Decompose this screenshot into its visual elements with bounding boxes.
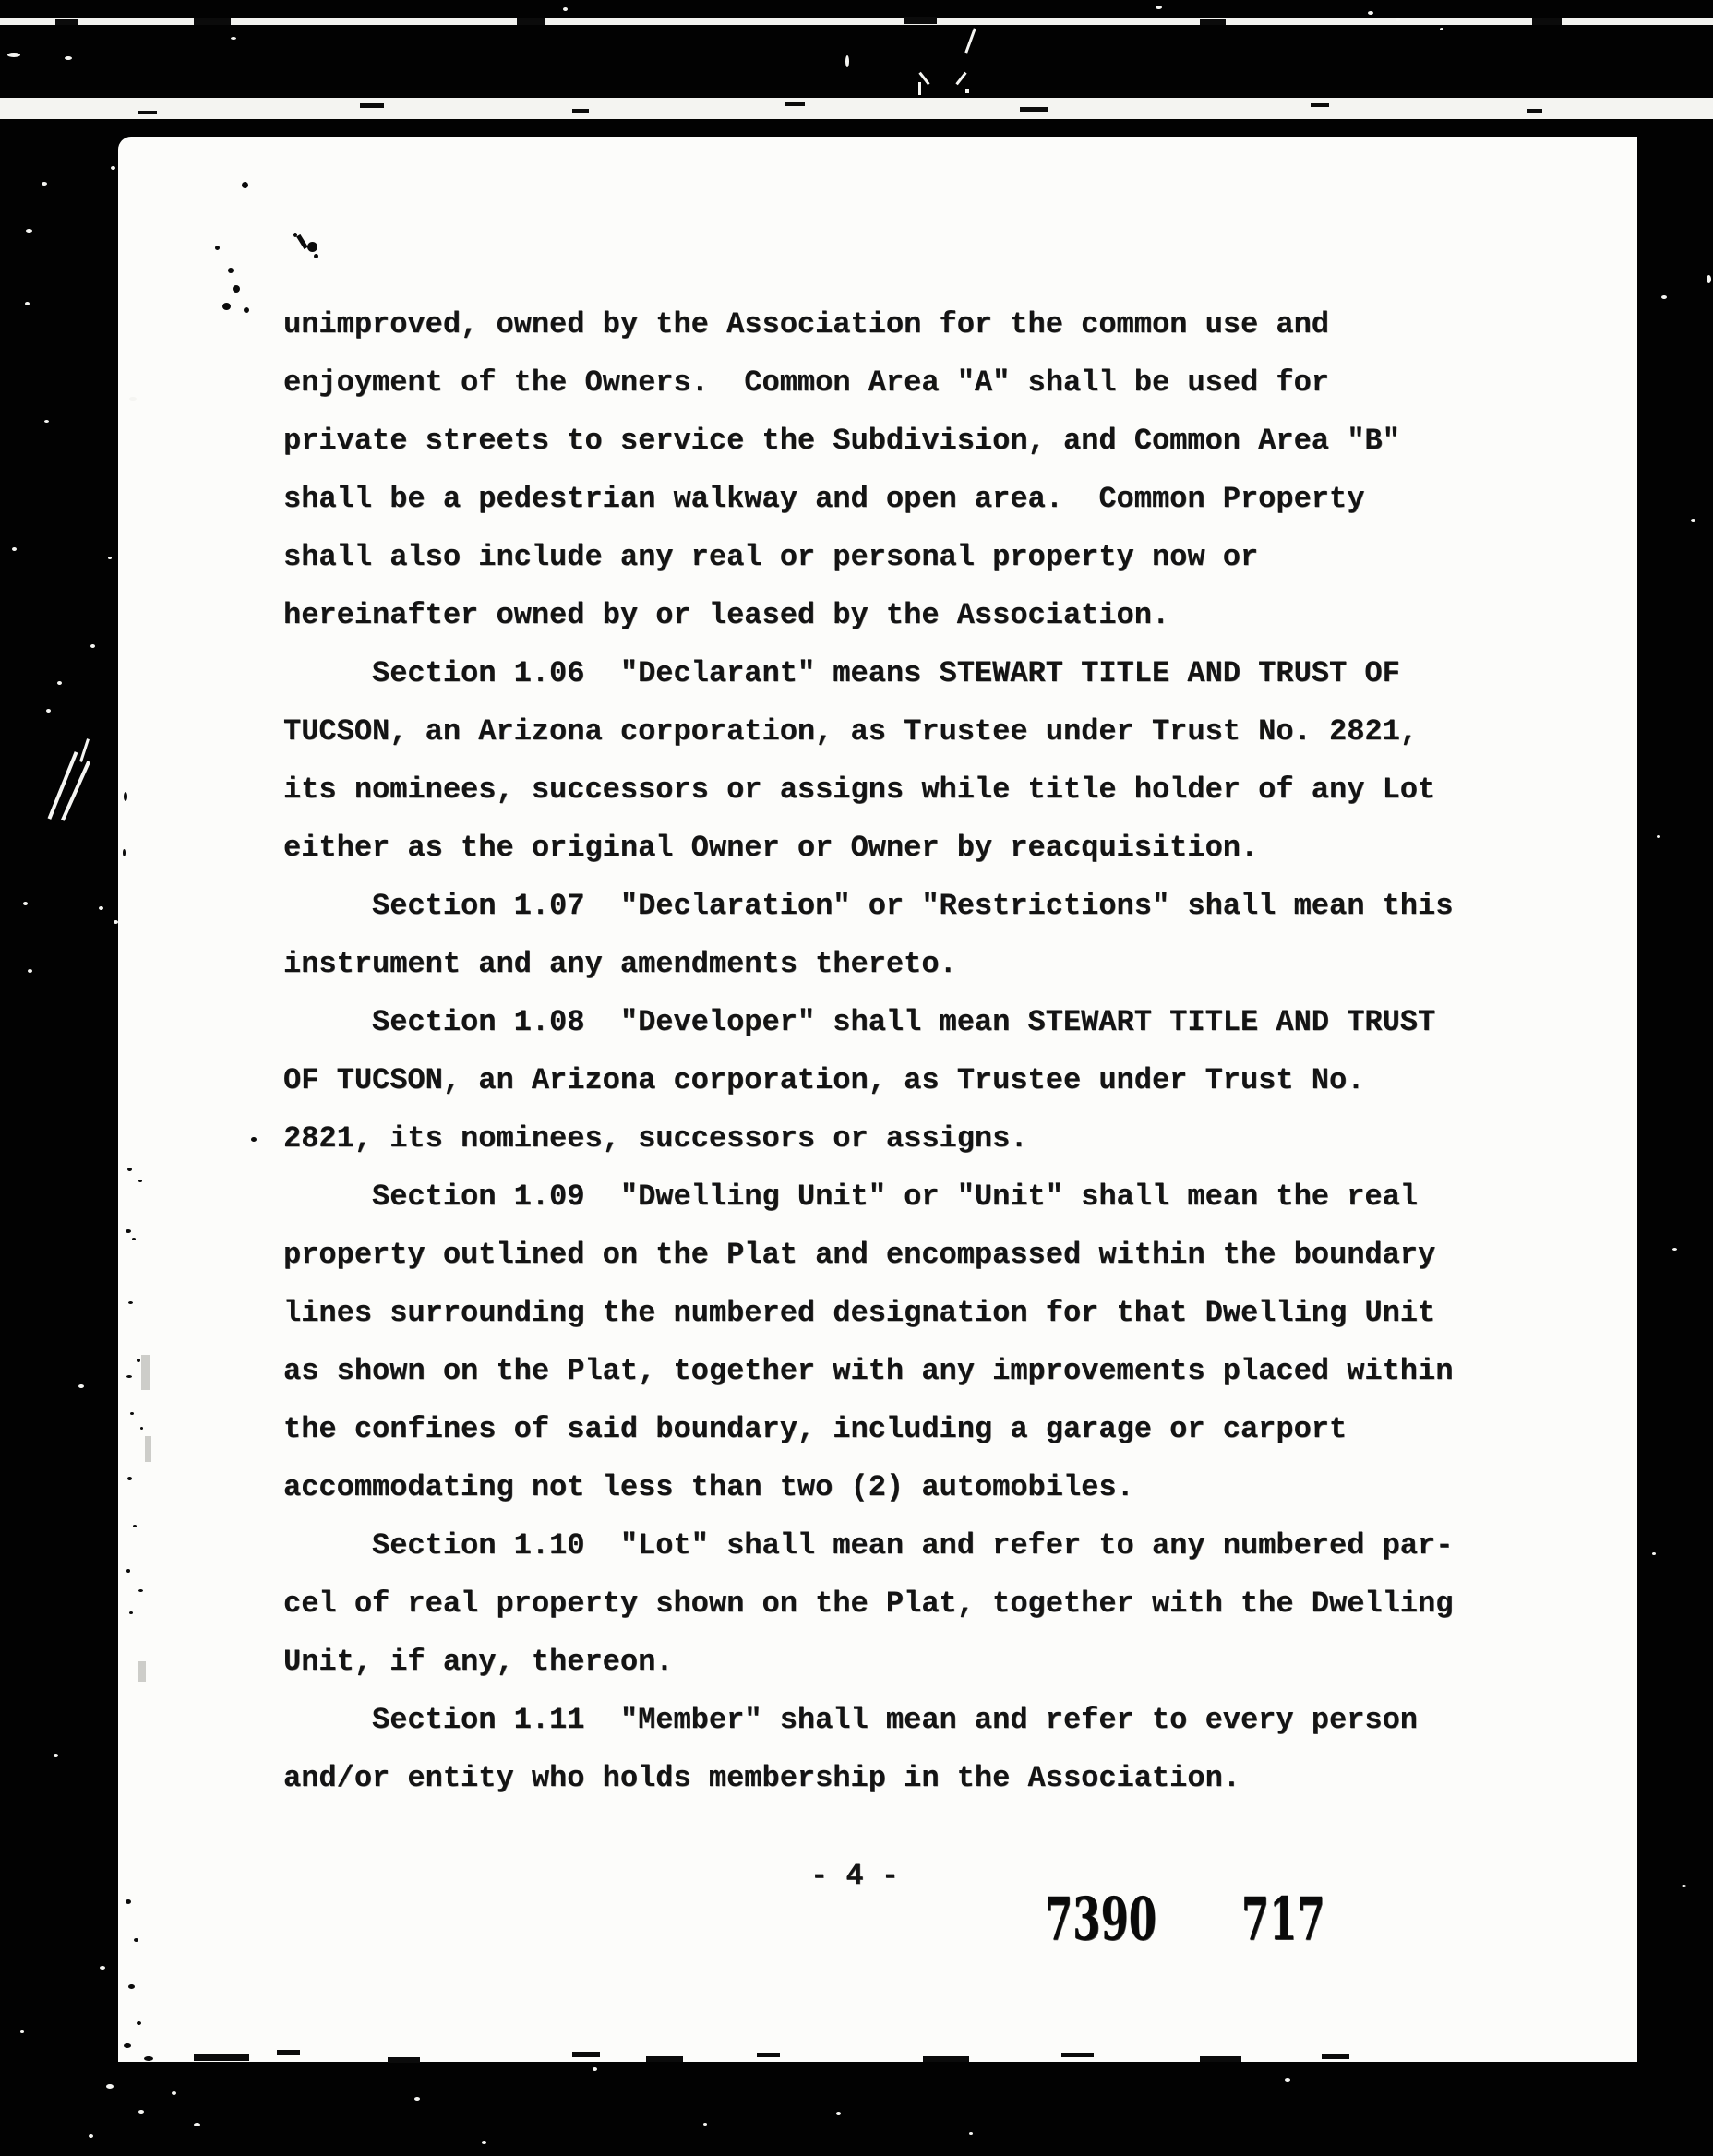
scan-speck: [703, 2123, 707, 2126]
text-line: Section 1.08 "Developer" shall mean STEW…: [283, 993, 1453, 1051]
scan-speck: [46, 709, 51, 713]
scan-scratch: [48, 751, 78, 820]
scan-speck: [44, 420, 49, 423]
scan-speck: [482, 2141, 486, 2144]
scan-speck: [54, 1754, 58, 1757]
scan-speck: [90, 644, 95, 648]
scan-speck: [100, 1966, 105, 1970]
scan-scratch: [61, 761, 90, 821]
text-line: and/or entity who holds membership in th…: [283, 1749, 1453, 1807]
text-line: accommodating not less than two (2) auto…: [283, 1458, 1453, 1516]
text-line: OF TUCSON, an Arizona corporation, as Tr…: [283, 1051, 1453, 1109]
scan-speck: [1707, 275, 1711, 283]
scan-speck: [42, 182, 47, 186]
scan-artifact-band: [0, 98, 1713, 119]
text-line: instrument and any amendments thereto.: [283, 935, 1453, 993]
stamp-docket-number: 7390: [1045, 1885, 1156, 1954]
scan-speck: [89, 2134, 93, 2138]
text-line: property outlined on the Plat and encomp…: [283, 1226, 1453, 1284]
scan-speck: [7, 53, 20, 57]
document-page: unimproved, owned by the Association for…: [118, 137, 1637, 2062]
text-line: shall be a pedestrian walkway and open a…: [283, 470, 1453, 528]
text-line: shall also include any real or personal …: [283, 528, 1453, 586]
text-line: Section 1.07 "Declaration" or "Restricti…: [283, 877, 1453, 935]
scan-speck: [23, 902, 28, 905]
scan-speck: [57, 681, 62, 685]
scan-scratch: [918, 72, 929, 85]
text-line: as shown on the Plat, together with any …: [283, 1342, 1453, 1400]
scan-speck: [969, 2132, 973, 2135]
scan-speck: [1156, 6, 1162, 9]
text-line: the confines of said boundary, including…: [283, 1400, 1453, 1458]
scan-speck: [28, 969, 32, 973]
text-line: cel of real property shown on the Plat, …: [283, 1575, 1453, 1633]
scan-scratch: [918, 82, 921, 95]
text-line: lines surrounding the numbered designati…: [283, 1284, 1453, 1342]
scan-speck: [25, 302, 30, 305]
scan-scratch: [964, 28, 976, 53]
scan-speck: [1691, 519, 1695, 522]
text-line: 2821, its nominees, successors or assign…: [283, 1109, 1453, 1168]
recorder-stamp: 7390717: [1045, 1890, 1325, 1949]
text-line: Section 1.11 "Member" shall mean and ref…: [283, 1691, 1453, 1749]
scan-speck: [20, 2030, 24, 2033]
scan-speck: [414, 2097, 420, 2101]
text-line: Unit, if any, thereon.: [283, 1633, 1453, 1691]
scan-speck: [1672, 1248, 1677, 1251]
scan-speck: [1661, 295, 1667, 299]
scanned-document: unimproved, owned by the Association for…: [0, 0, 1713, 2156]
text-line: its nominees, successors or assigns whil…: [283, 761, 1453, 819]
text-line: Section 1.09 "Dwelling Unit" or "Unit" s…: [283, 1168, 1453, 1226]
page-number: - 4 -: [810, 1856, 899, 1897]
scan-speck: [106, 2084, 114, 2089]
scan-speck: [194, 2123, 200, 2126]
text-line: enjoyment of the Owners. Common Area "A"…: [283, 353, 1453, 412]
text-line: either as the original Owner or Owner by…: [283, 819, 1453, 877]
scan-speck: [108, 557, 112, 559]
scan-speck: [12, 547, 17, 551]
text-line: private streets to service the Subdivisi…: [283, 412, 1453, 470]
scan-scratch: [965, 89, 969, 93]
scan-speck: [563, 7, 568, 11]
scan-speck: [138, 2110, 144, 2114]
scan-scratch: [955, 72, 966, 85]
scan-speck: [99, 906, 103, 910]
scan-artifact-thin-line: [0, 18, 1713, 25]
text-line: Section 1.10 "Lot" shall mean and refer …: [283, 1516, 1453, 1575]
text-line: hereinafter owned by or leased by the As…: [283, 586, 1453, 644]
stamp-page-number: 717: [1241, 1885, 1325, 1954]
text-line: unimproved, owned by the Association for…: [283, 295, 1453, 353]
document-text: unimproved, owned by the Association for…: [283, 295, 1453, 1807]
scan-speck: [231, 37, 236, 40]
scan-speck: [845, 55, 849, 67]
scan-speck: [1652, 1552, 1656, 1555]
scan-speck: [111, 166, 115, 170]
scan-scratch: [79, 738, 90, 762]
scan-speck: [836, 2112, 841, 2115]
scan-speck: [1682, 1885, 1686, 1887]
scan-speck: [172, 2091, 176, 2095]
text-line: TUCSON, an Arizona corporation, as Trust…: [283, 702, 1453, 761]
scan-speck: [26, 229, 32, 233]
scan-speck: [593, 2067, 597, 2071]
text-line: Section 1.06 "Declarant" means STEWART T…: [283, 644, 1453, 702]
scan-speck: [1657, 835, 1660, 838]
scan-speck: [1285, 2078, 1290, 2082]
scan-speck: [1368, 11, 1373, 15]
scan-speck: [1440, 28, 1443, 30]
scan-speck: [65, 56, 72, 60]
scan-speck: [78, 1384, 84, 1388]
